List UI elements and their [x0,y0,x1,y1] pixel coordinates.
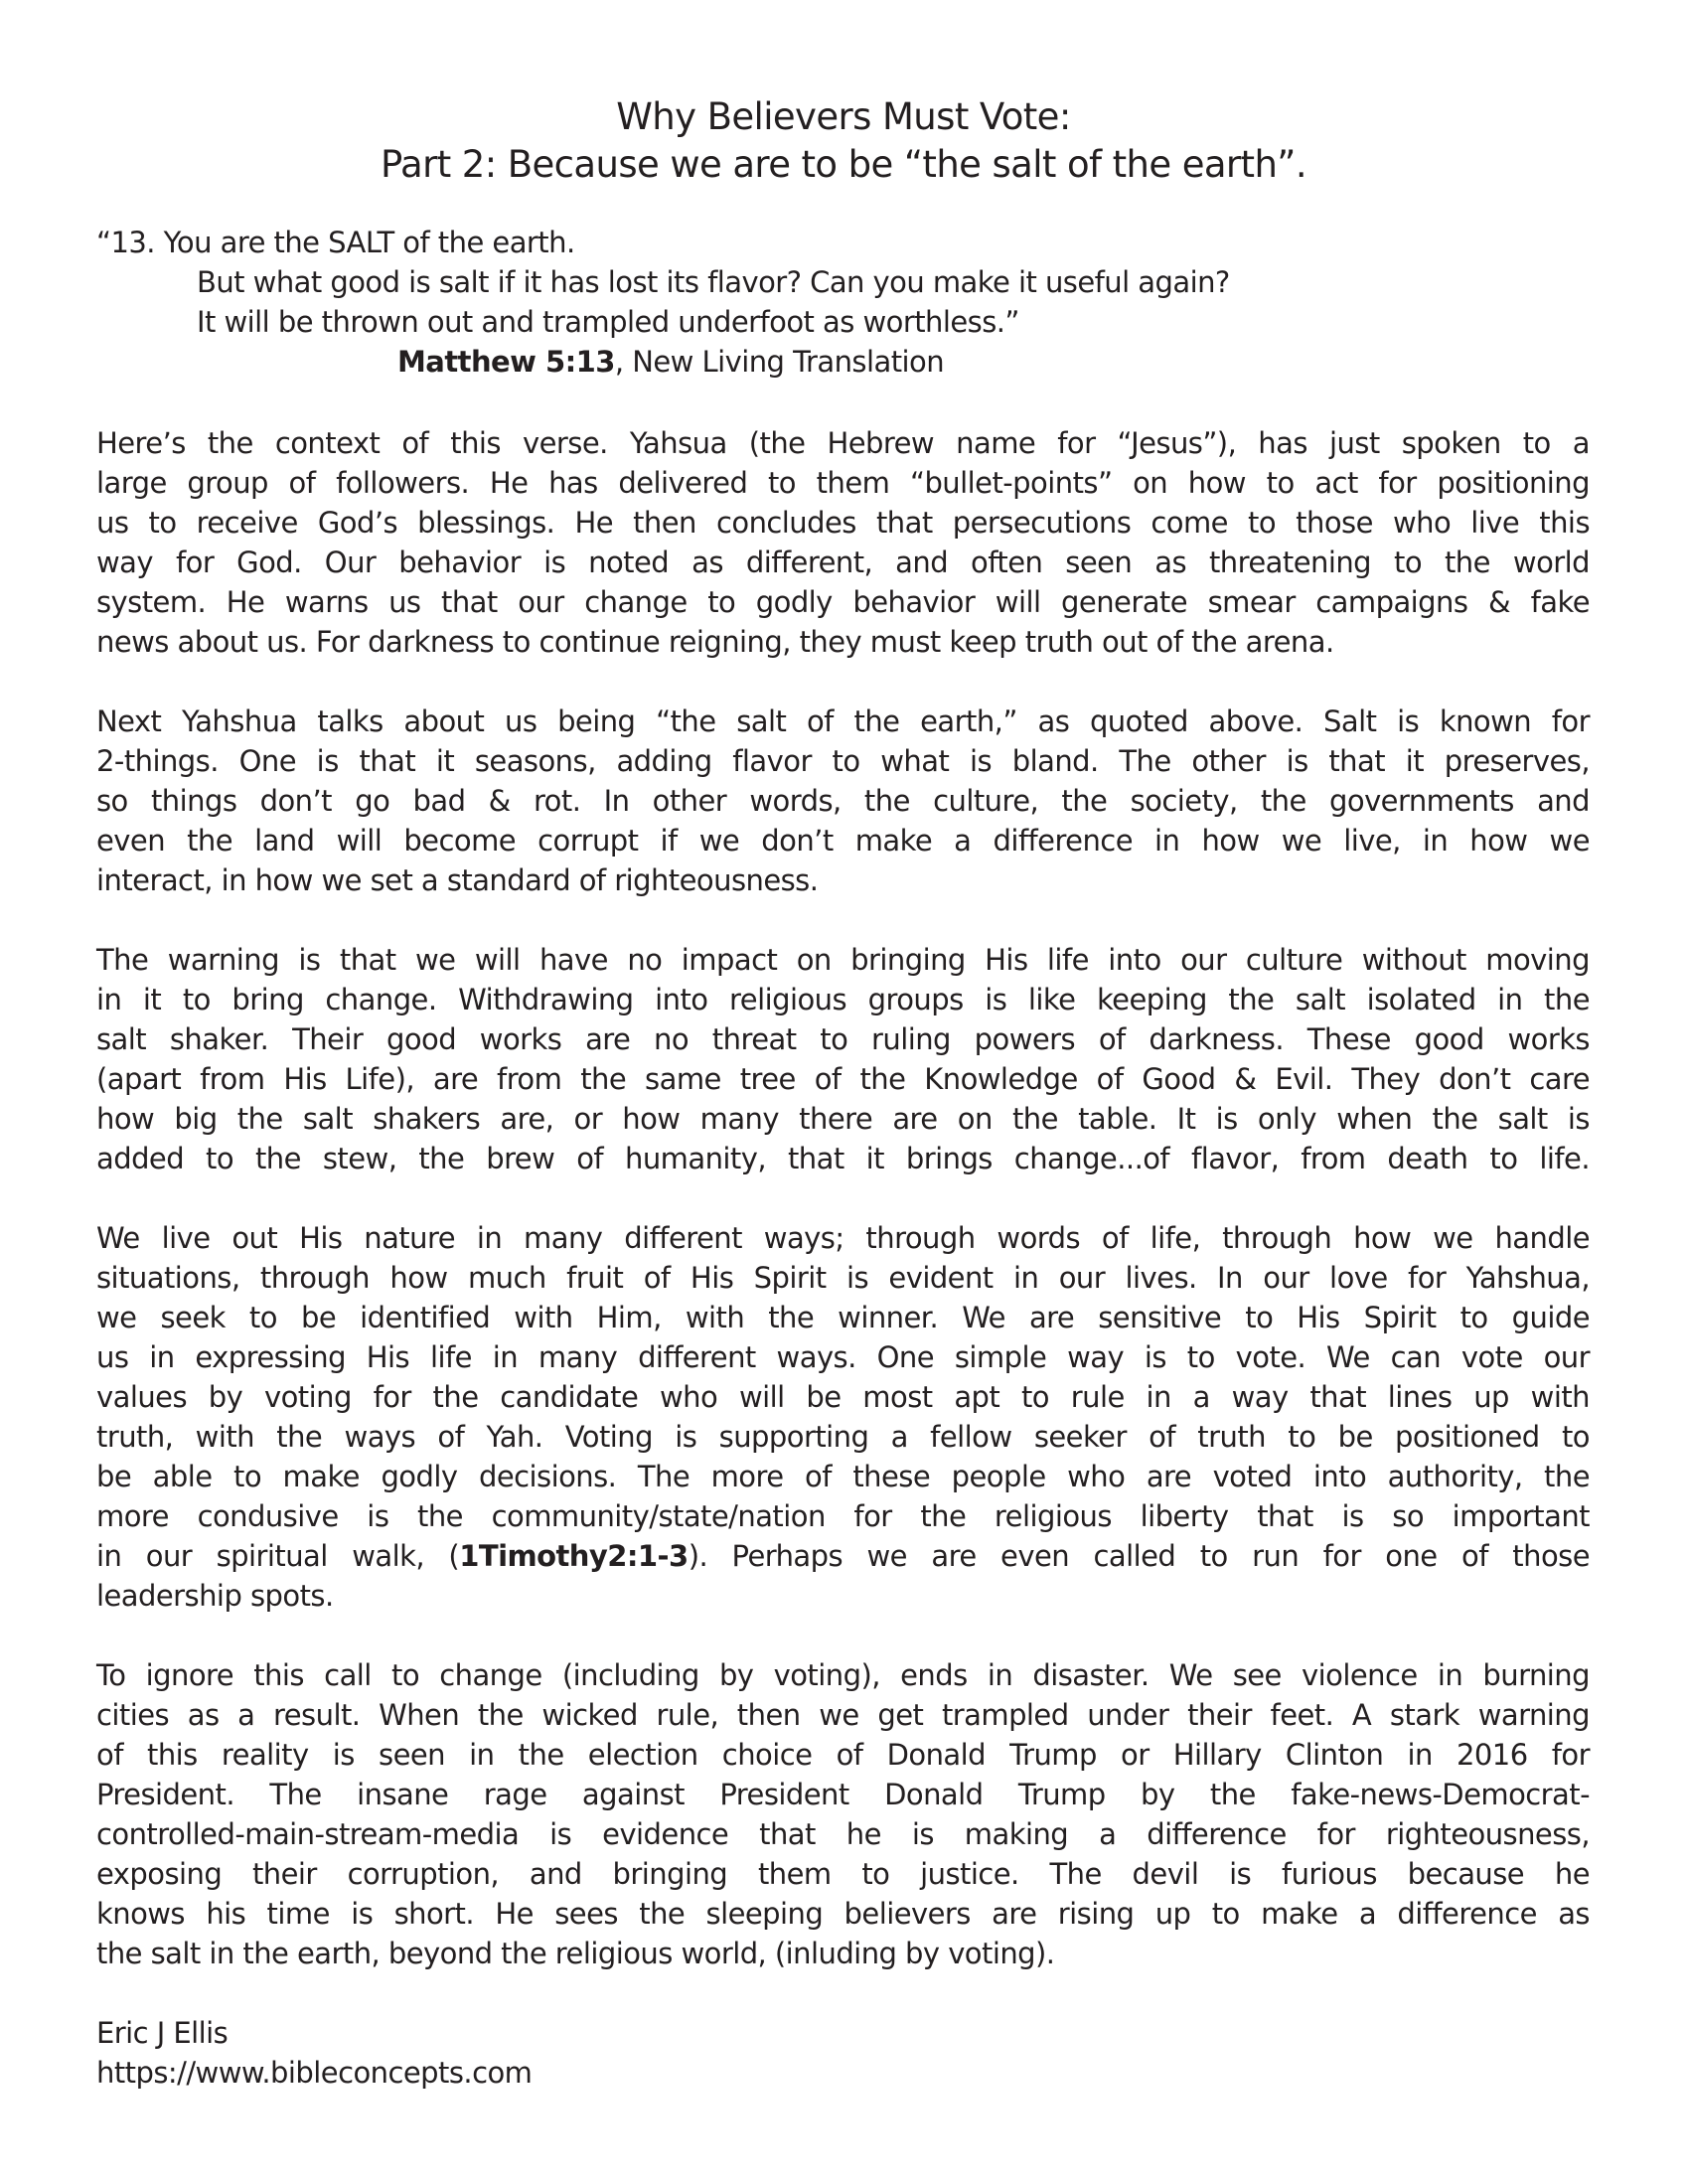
paragraph-line: be able to make godly decisions. The mor… [96,1457,1590,1496]
paragraph-line: Here’s the context of this verse. Yahsua… [96,423,1590,463]
paragraph-line: more condusive is the community/state/na… [96,1496,1590,1536]
paragraph-line: values by voting for the candidate who w… [96,1377,1590,1417]
paragraph-line: (apart from His Life), are from the same… [96,1059,1590,1099]
paragraph-line: salt shaker. Their good works are no thr… [96,1019,1590,1059]
citation-reference: Matthew 5:13 [397,345,615,379]
paragraph-line: leadership spots. [96,1576,1590,1616]
paragraph-line: system. He warns us that our change to g… [96,582,1590,622]
paragraph-line: exposing their corruption, and bringing … [96,1854,1590,1894]
paragraph-text: in our spiritual walk, ( [96,1539,459,1573]
citation-translation: , New Living Translation [615,345,944,379]
paragraph-line: the salt in the earth, beyond the religi… [96,1934,1590,1973]
paragraph-line: added to the stew, the brew of humanity,… [96,1139,1590,1178]
paragraph-line: we seek to be identified with Him, with … [96,1298,1590,1337]
paragraph-line: truth, with the ways of Yah. Voting is s… [96,1417,1590,1457]
document-subtitle: Part 2: Because we are to be “the salt o… [0,141,1687,189]
paragraph-line: news about us. For darkness to continue … [96,622,1590,662]
paragraph-line: in it to bring change. Withdrawing into … [96,980,1590,1019]
paragraph-text: ). Perhaps we are even called to run for… [689,1539,1590,1573]
paragraph-line: controlled-main-stream-media is evidence… [96,1814,1590,1854]
paragraph-line: 2-things. One is that it seasons, adding… [96,741,1590,781]
paragraph-line: of this reality is seen in the election … [96,1735,1590,1775]
paragraph-line: large group of followers. He has deliver… [96,463,1590,503]
document-page: Why Believers Must Vote: Part 2: Because… [0,0,1687,2184]
scripture-reference: 1Timothy2:1-3 [459,1539,688,1573]
paragraph-line: situations, through how much fruit of Hi… [96,1258,1590,1298]
paragraph-line: knows his time is short. He sees the sle… [96,1894,1590,1934]
paragraph-line: so things don’t go bad & rot. In other w… [96,781,1590,821]
quote-line: It will be thrown out and trampled under… [197,302,1019,342]
website-link[interactable]: https://www.bibleconcepts.com [96,2053,1590,2093]
paragraph-line: We live out His nature in many different… [96,1218,1590,1258]
paragraph-line: President. The insane rage against Presi… [96,1775,1590,1814]
paragraph-line: To ignore this call to change (including… [96,1655,1590,1695]
paragraph-line: way for God. Our behavior is noted as di… [96,543,1590,582]
scripture-citation: Matthew 5:13, New Living Translation [397,342,944,382]
paragraph-line: in our spiritual walk, (1Timothy2:1-3). … [96,1536,1590,1576]
paragraph-line: Next Yahshua talks about us being “the s… [96,702,1590,741]
document-title: Why Believers Must Vote: [0,93,1687,141]
quote-line: But what good is salt if it has lost its… [197,262,1230,302]
paragraph-line: us in expressing His life in many differ… [96,1337,1590,1377]
paragraph-line: how big the salt shakers are, or how man… [96,1099,1590,1139]
quote-line: “13. You are the SALT of the earth. [96,223,575,262]
paragraph-line: us to receive God’s blessings. He then c… [96,503,1590,543]
paragraph-line: The warning is that we will have no impa… [96,940,1590,980]
paragraph-line: even the land will become corrupt if we … [96,821,1590,860]
paragraph-line: interact, in how we set a standard of ri… [96,860,1590,900]
author-name: Eric J Ellis [96,2013,1590,2053]
paragraph-line: cities as a result. When the wicked rule… [96,1695,1590,1735]
